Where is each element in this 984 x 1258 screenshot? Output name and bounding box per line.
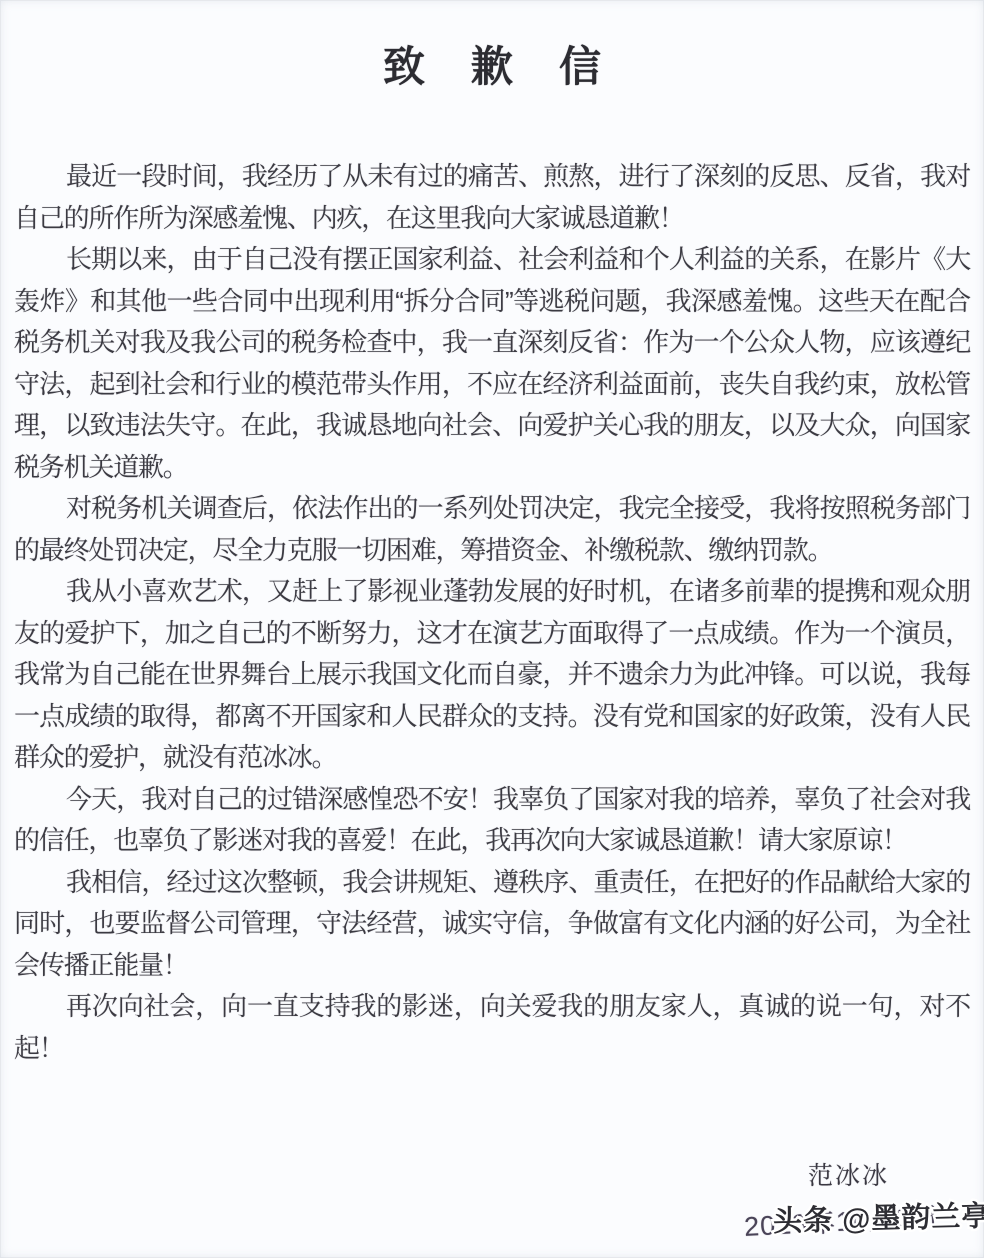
paragraph: 我相信，经过这次整顿，我会讲规矩、遵秩序、重责任，在把好的作品献给大家的同时，也…: [14, 862, 970, 987]
toutiao-watermark: 头条 @墨韵兰亭: [772, 1193, 984, 1240]
paragraph: 今天，我对自己的过错深感惶恐不安！我辜负了国家对我的培养，辜负了社会对我的信任，…: [14, 779, 970, 862]
letter-title: 致歉信: [0, 0, 984, 94]
paragraph: 我从小喜欢艺术，又赶上了影视业蓬勃发展的好时机，在诸多前辈的提携和观众朋友的爱护…: [14, 571, 970, 779]
letter-body: 最近一段时间，我经历了从未有过的痛苦、煎熬，进行了深刻的反思、反省，我对自己的所…: [14, 156, 970, 1069]
paragraph: 最近一段时间，我经历了从未有过的痛苦、煎熬，进行了深刻的反思、反省，我对自己的所…: [14, 156, 970, 239]
signature-name: 范冰冰: [808, 1156, 889, 1192]
apology-letter-page: 致歉信 最近一段时间，我经历了从未有过的痛苦、煎熬，进行了深刻的反思、反省，我对…: [0, 0, 984, 1258]
paragraph: 再次向社会，向一直支持我的影迷，向关爱我的朋友家人，真诚的说一句，对不起！: [14, 986, 970, 1069]
paragraph: 长期以来，由于自己没有摆正国家利益、社会利益和个人利益的关系，在影片《大轰炸》和…: [14, 239, 970, 488]
paragraph: 对税务机关调查后，依法作出的一系列处罚决定，我完全接受，我将按照税务部门的最终处…: [14, 488, 970, 571]
